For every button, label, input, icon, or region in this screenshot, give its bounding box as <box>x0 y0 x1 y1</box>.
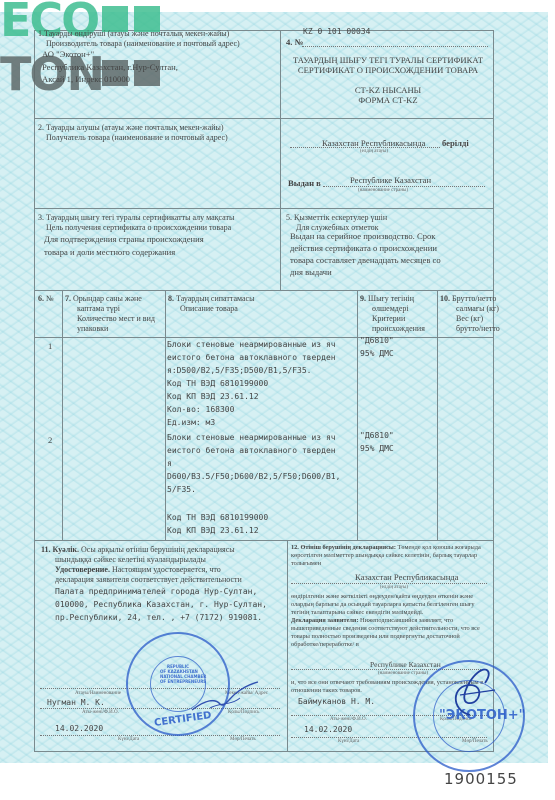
box1-producer-name: АО "Экотон+" <box>42 49 94 60</box>
col-header-criteria-index: 9. <box>360 294 366 303</box>
box11-caption-fio: Аты-жөні/Ф.И.О. <box>82 710 119 716</box>
table-col-divider <box>165 290 166 540</box>
divider-table-header <box>34 337 494 338</box>
chamber-signature <box>190 680 260 715</box>
box11-chamber-line1: Палата предпринимателей города Нур-Султа… <box>55 586 257 597</box>
box12-declaration-bold: Декларация заявителя: <box>291 617 358 624</box>
box11-title-ru: Удостоверение. Настоящим удостоверяется,… <box>55 565 221 575</box>
page-margin-right <box>548 0 555 800</box>
row-2-desc-line: Блоки стеновые неармированные из яч <box>167 432 336 443</box>
row-1-number: 1 <box>48 341 52 352</box>
row-2-number: 2 <box>48 435 52 446</box>
box11-title-ru-rest: Настоящим удостоверяется, что <box>112 565 221 574</box>
row-1-desc-line: Блоки стеновые неармированные из яч <box>167 339 336 350</box>
box12-kz-line: көрсетілген мәліметтер шындыққа сәйкес к… <box>291 552 477 560</box>
box11-title-ru-bold: Удостоверение. <box>55 565 110 574</box>
issued-ru-caption: (наименование страны) <box>358 188 408 194</box>
row-2-desc-line: еистого бетона автоклавного тверден <box>167 445 336 456</box>
col-header-weight-index: 10. <box>440 294 450 303</box>
row-2-desc-line: я <box>167 458 172 469</box>
issued-country-ru: Республике Казахстан <box>350 175 431 186</box>
box12-signer: Баймуканов Н. М. <box>298 696 375 707</box>
row-1-criteria-share: 95% ДМС <box>360 348 394 359</box>
col-header-places-line: упаковки <box>77 324 108 334</box>
serial-number: 1900155 <box>444 770 518 788</box>
box11-chamber-line3: пр.Республики, 24, тел. , +7 (7172) 9190… <box>55 612 262 623</box>
divider-vertical-top <box>280 30 281 290</box>
divider-vertical-bottom <box>287 540 288 752</box>
row-2-desc-line: Код ТН ВЭД 6810199000 <box>167 512 268 523</box>
box11-title-kz-rest: Осы арқылы өтініш берушінің декларациясы <box>81 545 235 554</box>
row-1-desc-line: Код ТН ВЭД 6810199000 <box>167 378 268 389</box>
box5-label-kz: 5. Қызметтік ескертулер үшін <box>286 213 387 223</box>
box11-title-kz-bold: 11. Куәлік. <box>41 545 79 554</box>
table-col-divider <box>62 290 63 540</box>
box5-note-line3: товара составляет двенадцать месяцев со <box>290 255 441 266</box>
box1-producer-address: Республика Казахстан, г.Нур-Султан, <box>42 62 178 73</box>
col-header-places-line: Орындар саны және <box>73 294 142 303</box>
box11-line4: декларация заявителя соответствует дейст… <box>55 575 242 585</box>
box11-date: 14.02.2020 <box>55 723 103 734</box>
issued-kz-suffix: берілді <box>442 138 469 149</box>
box11-date-line <box>40 735 280 736</box>
col-header-description-index: 8. <box>168 294 174 303</box>
row-2-desc-line: Код КП ВЭД 23.61.12 <box>167 525 259 536</box>
divider-row-bottom <box>34 540 494 541</box>
col-header-places: 7. Орындар саны және <box>65 294 142 304</box>
row-2-criteria-share: 95% ДМС <box>360 443 394 454</box>
col-header-number: 6. № <box>38 294 54 304</box>
col-header-places-line: каптама түрі <box>77 304 120 314</box>
box3-purpose-line2: товара и доли местного содержания <box>44 247 175 258</box>
table-col-divider <box>437 290 438 540</box>
box12-caption-date: Күні/Дата <box>338 739 359 745</box>
col-header-number-label: № <box>46 294 54 303</box>
box12-caption-fio: Аты-жөні/Ф.И.О. <box>330 717 367 723</box>
box5-note-line1: Выдан на серийное производство. Срок <box>290 231 435 242</box>
box1-producer-index: Аксай 1, Индекс 010000 <box>42 74 130 85</box>
row-1-desc-line: Ед.изм: м3 <box>167 417 215 428</box>
col-header-criteria: 9. Шығу тегінің <box>360 294 414 304</box>
row-1-desc-line: еистого бетона автоклавного тверден <box>167 352 336 363</box>
box12-kz-mid-line: тегінің талаптарына сәйкес екендігін мәл… <box>291 609 423 617</box>
divider-row-3 <box>34 290 494 291</box>
col-header-criteria-line: Шығу тегінің <box>368 294 414 303</box>
box11-chamber-line2: 010000, Республика Казахстан, г. Нур-Сул… <box>55 599 267 610</box>
box3-label-kz: 3. Тауардың шығу тегі туралы сертификатт… <box>38 213 234 223</box>
issued-ru-prefix: Выдан в <box>288 178 321 189</box>
box1-label-ru: Производитель товара (наименование и поч… <box>46 39 240 49</box>
col-header-places-line: Количество мест и вид <box>77 314 155 324</box>
box11-line2: шындыққа сәйкес келетіні куәландырылады <box>55 555 206 565</box>
box12-ru-line: обработке/переработке/ в <box>291 641 359 649</box>
box11-caption-date: Күні/Дата <box>118 737 139 743</box>
box11-signer: Нугман М. К. <box>47 697 105 708</box>
col-header-criteria-line: өлшемдері <box>372 304 409 314</box>
row-1-criteria-code: "Д6810" <box>360 335 394 346</box>
box2-label-kz: 2. Тауарды алушы (атауы және почталық ме… <box>38 123 224 133</box>
row-2-criteria-code: "Д6810" <box>360 430 394 441</box>
number-dotted-line <box>302 46 488 47</box>
box3-purpose-line1: Для подтверждения страны происхождения <box>44 234 204 245</box>
divider-row-1 <box>34 118 494 119</box>
issued-ru-dotted-line <box>323 186 485 187</box>
title-ru: СЕРТИФИКАТ О ПРОИСХОЖДЕНИИ ТОВАРА <box>282 65 494 76</box>
col-header-places-index: 7. <box>65 294 71 303</box>
col-header-description-line: Описание товара <box>180 304 238 314</box>
col-header-weight-line: салмағы (кг) <box>456 304 499 314</box>
table-col-divider <box>357 290 358 540</box>
box12-kz-mid-line: олардың барлығы да осындай тауарларға қа… <box>291 601 475 609</box>
divider-row-2 <box>34 208 494 209</box>
box12-declaration: Декларация заявителя: Нижеподписавшийся … <box>291 617 453 625</box>
row-1-desc-line: Кол-во: 168300 <box>167 404 234 415</box>
col-header-weight-line: брутто/нетто <box>456 324 500 334</box>
box12-kz-line: толығымен <box>291 560 321 568</box>
page-margin-top <box>0 0 555 12</box>
col-header-description: 8. Тауардың сипаттамасы <box>168 294 254 304</box>
box5-note-line4: дня выдачи <box>290 267 332 278</box>
col-header-weight-line: Вес (кг) <box>456 314 483 324</box>
box12-kz-mid-line: өндірілгенін және жеткілікті өңдеуден/қа… <box>291 593 473 601</box>
col-header-description-line: Тауардың сипаттамасы <box>176 294 254 303</box>
col-header-criteria-line: Критерии <box>372 314 405 324</box>
row-1-desc-line: я:D500/B2,5/F35;D500/B1,5/F35. <box>167 365 312 376</box>
row-2-desc-line: D600/B3.5/F50;D600/B2,5/F50;D600/B1, <box>167 471 340 482</box>
row-1-desc-line: Код КП ВЭД 23.61.12 <box>167 391 259 402</box>
row-2-desc-line: 5/F35. <box>167 484 196 495</box>
box1-label-kz: 1.Тауарды өндіруші (атауы және почталық … <box>38 29 229 39</box>
box5-note-line2: действия сертификата о происхождении <box>290 243 437 254</box>
box12-country-kz-line <box>291 583 487 584</box>
box12-ru-line: вышеприведенные сведения соответствуют д… <box>291 625 480 633</box>
box12-ru-end-line: отношении таких товаров. <box>291 687 362 695</box>
box12-title-rest: Төменде қол қоюшы жоғарыда <box>398 544 481 551</box>
box3-label-ru: Цель получения сертификата о происхожден… <box>46 223 231 233</box>
box12-title-bold: 12. Өтініш берушінің декларациясы: <box>291 544 396 551</box>
box4-number-label: 4. № <box>286 37 303 48</box>
col-header-weight: 10. Брутто/нетто <box>440 294 496 304</box>
box12-ru-line: товары полностью произведены или подверг… <box>291 633 460 641</box>
box12-declaration-rest: Нижеподписавшийся заявляет, что <box>360 617 453 624</box>
box11-title-kz: 11. Куәлік. Осы арқылы өтініш берушінің … <box>41 545 235 555</box>
box12-date: 14.02.2020 <box>304 724 352 735</box>
applicant-signature <box>440 665 500 720</box>
box12-country-kz: Казахстан Республикасында <box>355 572 459 583</box>
box12-title: 12. Өтініш берушінің декларациясы: Төмен… <box>291 544 481 552</box>
col-header-weight-line: Брутто/нетто <box>452 294 496 303</box>
box12-caption-country-kz: (елдің атауы) <box>380 585 408 591</box>
col-header-criteria-line: происхождения <box>372 324 425 334</box>
box11-caption-seal: Мөр/Печать <box>230 737 256 743</box>
col-header-number-index: 6. <box>38 294 44 303</box>
form-ru: ФОРМА СТ-KZ <box>282 95 494 106</box>
issued-kz-caption: (елдің атауы) <box>360 149 388 155</box>
certificate-number: KZ 0 101 00034 <box>303 26 370 37</box>
box12-caption-country-ru: (наименование страны) <box>378 671 428 677</box>
issued-kz-dotted-line <box>290 147 440 148</box>
box2-label-ru: Получатель товара (наименование и почтов… <box>46 133 228 143</box>
